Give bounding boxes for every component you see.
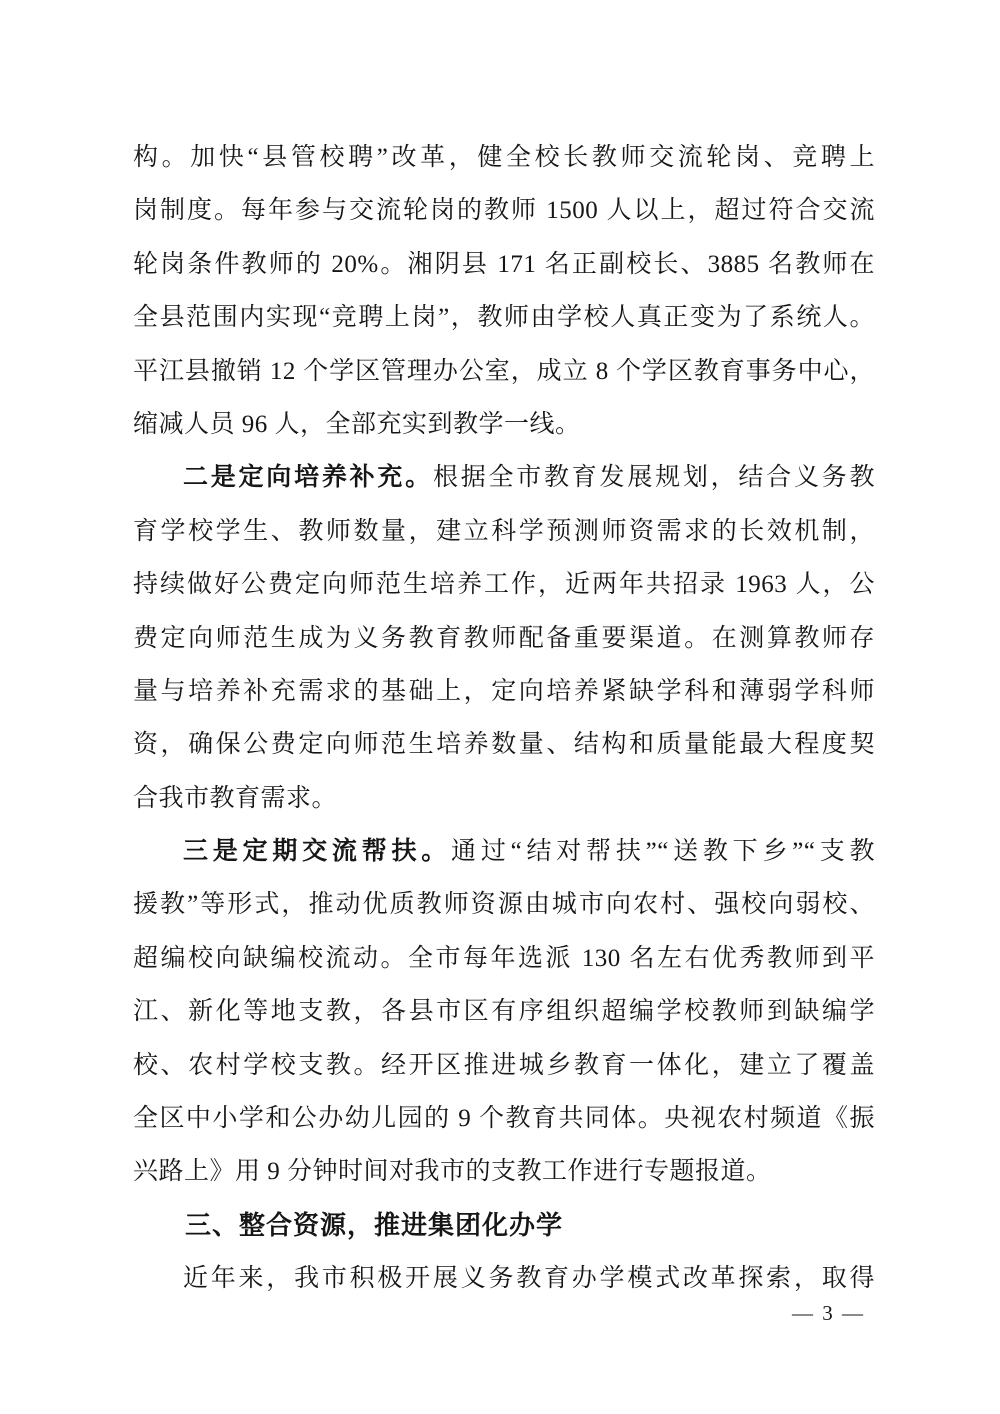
paragraph-first-line: 三是定期交流帮扶。通过“结对帮扶”“送教下乡”“支教: [133, 825, 875, 878]
paragraph-first-line: 近年来，我市积极开展义务教育办学模式改革探索，取得: [133, 1252, 875, 1305]
line-text: 费定向师范生成为义务教育教师配备重要渠道。在测算教师存: [133, 625, 875, 652]
line-text: 兴路上》用 9 分钟时间对我市的支教工作进行专题报道。: [133, 1158, 772, 1185]
paragraph-last-line: 缩减人员 96 人，全部充实到教学一线。: [133, 398, 875, 451]
paragraph-last-line: 合我市教育需求。: [133, 772, 875, 825]
body-line: 校、农村学校支教。经开区推进城乡教育一体化，建立了覆盖: [133, 1039, 875, 1092]
line-text: 轮岗条件教师的 20%。湘阴县 171 名正副校长、3885 名教师在: [133, 251, 875, 278]
paragraph-first-line: 二是定向培养补充。根据全市教育发展规划，结合义务教: [133, 451, 875, 504]
body-line: 资，确保公费定向师范生培养数量、结构和质量能最大程度契: [133, 718, 875, 771]
body-line: 轮岗条件教师的 20%。湘阴县 171 名正副校长、3885 名教师在: [133, 238, 875, 291]
body-line: 岗制度。每年参与交流轮岗的教师 1500 人以上，超过符合交流: [133, 184, 875, 237]
paragraph-last-line: 兴路上》用 9 分钟时间对我市的支教工作进行专题报道。: [133, 1145, 875, 1198]
bold-lead-text: 二是定向培养补充。: [183, 464, 433, 491]
line-text: 江、新化等地支教，各县市区有序组织超编学校教师到缺编学: [133, 998, 875, 1025]
line-text: 量与培养补充需求的基础上，定向培养紧缺学科和薄弱学科师: [133, 678, 875, 705]
line-text: 根据全市教育发展规划，结合义务教: [433, 464, 875, 491]
bold-lead-text: 三是定期交流帮扶。: [183, 838, 451, 865]
line-text: 超编校向缺编校流动。全市每年选派 130 名左右优秀教师到平: [133, 945, 875, 972]
body-line: 平江县撤销 12 个学区管理办公室，成立 8 个学区教育事务中心，: [133, 345, 875, 398]
body-line: 持续做好公费定向师范生培养工作，近两年共招录 1963 人，公: [133, 558, 875, 611]
body-line: 全县范围内实现“竞聘上岗”，教师由学校人真正变为了系统人。: [133, 291, 875, 344]
line-text: 岗制度。每年参与交流轮岗的教师 1500 人以上，超过符合交流: [133, 197, 875, 224]
line-text: 全区中小学和公办幼儿园的 9 个教育共同体。央视农村频道《振: [133, 1105, 875, 1132]
page-number: — 3 —: [792, 1298, 865, 1328]
line-text: 校、农村学校支教。经开区推进城乡教育一体化，建立了覆盖: [133, 1052, 875, 1079]
line-text: 持续做好公费定向师范生培养工作，近两年共招录 1963 人，公: [133, 571, 875, 598]
body-line: 量与培养补充需求的基础上，定向培养紧缺学科和薄弱学科师: [133, 665, 875, 718]
line-text: 缩减人员 96 人，全部充实到教学一线。: [133, 411, 581, 438]
body-line: 江、新化等地支教，各县市区有序组织超编学校教师到缺编学: [133, 985, 875, 1038]
body-line: 超编校向缺编校流动。全市每年选派 130 名左右优秀教师到平: [133, 932, 875, 985]
line-text: 援教”等形式，推动优质教师资源由城市向农村、强校向弱校、: [133, 891, 875, 918]
body-line: 援教”等形式，推动优质教师资源由城市向农村、强校向弱校、: [133, 878, 875, 931]
line-text: 构。加快“县管校聘”改革，健全校长教师交流轮岗、竞聘上: [133, 144, 875, 171]
section-heading: 三、整合资源，推进集团化办学: [133, 1199, 875, 1252]
line-text: 近年来，我市积极开展义务教育办学模式改革探索，取得: [183, 1265, 875, 1292]
heading-text: 三、整合资源，推进集团化办学: [185, 1210, 563, 1240]
line-text: 全县范围内实现“竞聘上岗”，教师由学校人真正变为了系统人。: [133, 304, 875, 331]
body-line: 费定向师范生成为义务教育教师配备重要渠道。在测算教师存: [133, 612, 875, 665]
body-line: 构。加快“县管校聘”改革，健全校长教师交流轮岗、竞聘上: [133, 131, 875, 184]
line-text: 资，确保公费定向师范生培养数量、结构和质量能最大程度契: [133, 731, 875, 758]
line-text: 平江县撤销 12 个学区管理办公室，成立 8 个学区教育事务中心，: [133, 358, 875, 385]
body-line: 全区中小学和公办幼儿园的 9 个教育共同体。央视农村频道《振: [133, 1092, 875, 1145]
line-text: 合我市教育需求。: [133, 785, 337, 812]
line-text: 通过“结对帮扶”“送教下乡”“支教: [451, 838, 875, 865]
document-body: 构。加快“县管校聘”改革，健全校长教师交流轮岗、竞聘上 岗制度。每年参与交流轮岗…: [133, 131, 875, 1306]
body-line: 育学校学生、教师数量，建立科学预测师资需求的长效机制，: [133, 505, 875, 558]
document-page: 构。加快“县管校聘”改革，健全校长教师交流轮岗、竞聘上 岗制度。每年参与交流轮岗…: [0, 0, 1000, 1414]
line-text: 育学校学生、教师数量，建立科学预测师资需求的长效机制，: [133, 518, 875, 545]
